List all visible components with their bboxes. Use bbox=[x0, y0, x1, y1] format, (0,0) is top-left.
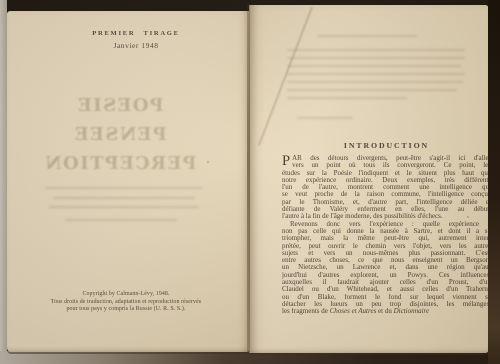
show-through-line bbox=[53, 197, 195, 199]
text-line: les fragments de Choses et Autres et du … bbox=[282, 308, 491, 315]
show-through-line bbox=[65, 219, 177, 221]
text-line: détacher les lueurs un peu trop disjoint… bbox=[282, 301, 491, 308]
text-line: jourd'hui d'autres explorent, un Powys. … bbox=[282, 272, 491, 279]
show-through-line bbox=[287, 73, 465, 75]
intro-paragraphs: PAR des détours divergents, peut-être s'… bbox=[282, 155, 491, 316]
text-segment: et du bbox=[376, 308, 393, 315]
edition-date: Janvier 1948 bbox=[61, 41, 211, 50]
book-photo: { "left_page": { "edition": { "line1": "… bbox=[0, 0, 500, 364]
text-line: sujets et vers un nous-mêmes plus passio… bbox=[282, 250, 491, 257]
book-title-reference: Dictionnaire bbox=[394, 308, 430, 315]
show-through-title-line: POESIE bbox=[40, 91, 200, 120]
text-line: vers un point où tous ils convergeront. … bbox=[292, 162, 491, 169]
text-line: entre autres choses, ce que nous enseign… bbox=[282, 257, 491, 264]
show-through-line bbox=[287, 49, 465, 51]
show-through-line bbox=[287, 81, 463, 83]
text-line: prétée, peut ouvrir le chemin vers l'obj… bbox=[282, 243, 491, 250]
show-through-line bbox=[45, 187, 203, 189]
book-cover-right-edge bbox=[488, 0, 500, 364]
text-line: Revenons donc vers l'expérience : quelle… bbox=[282, 221, 491, 228]
book-gutter-shadow bbox=[247, 4, 250, 353]
show-through-line bbox=[49, 206, 199, 208]
show-through-line bbox=[287, 57, 465, 59]
paragraph: PAR des détours divergents, peut-être s'… bbox=[282, 155, 491, 221]
show-through-title-line: PENSEE bbox=[40, 120, 200, 149]
copyright-line: Copyright by Calmann-Lévy, 1948. bbox=[12, 291, 240, 299]
chapter-heading: INTRODUCTION bbox=[282, 141, 491, 150]
paper-fleck bbox=[467, 216, 469, 218]
text-segment: les fragments de bbox=[282, 308, 330, 315]
show-through-book-title: POESIE PENSEE PERCEPTION bbox=[40, 91, 200, 178]
copyright-notice: Copyright by Calmann-Lévy, 1948. Tous dr… bbox=[12, 291, 240, 314]
photo-background-left-edge bbox=[0, 0, 7, 352]
text-line: auxquelles il faudrait ajouter celles d'… bbox=[282, 279, 491, 286]
left-page: PREMIER TIRAGE Janvier 1948 POESIE PENSE… bbox=[7, 11, 249, 352]
text-line: un Nietzsche, un Lawrence et, dans une r… bbox=[282, 264, 491, 271]
copyright-line: pour tous pays y compris la Russie (U. R… bbox=[12, 306, 240, 314]
show-through-line bbox=[287, 97, 407, 99]
text-line: triompher, mais la même peut-être qui, a… bbox=[282, 235, 491, 242]
text-line: AR des détours divergents, peut-être s'a… bbox=[292, 155, 491, 162]
show-through-line bbox=[287, 89, 457, 91]
text-line: par le Thomisme, et, d'autre part, l'int… bbox=[282, 199, 491, 206]
text-line: se veut proche de la raison commune, l'i… bbox=[282, 191, 491, 198]
edition-title: PREMIER TIRAGE bbox=[61, 30, 211, 37]
text-line: l'un de l'autre, montrent comment une in… bbox=[282, 184, 491, 191]
text-line: défiante de Valéry enferment en elles, l… bbox=[282, 206, 491, 213]
drop-cap: P bbox=[282, 155, 292, 169]
show-through-line bbox=[287, 65, 461, 67]
show-through-line bbox=[297, 117, 353, 119]
text-line: notre expérience ordinaire. Deux exemple… bbox=[282, 177, 491, 184]
paper-fleck bbox=[207, 161, 209, 163]
text-line: non pas celle qui donne la nausée à Sart… bbox=[282, 228, 491, 235]
text-line: l'autre à la fin de l'âge moderne, des p… bbox=[282, 213, 491, 220]
text-line: ou d'un Blake, forment le fond sur leque… bbox=[282, 294, 491, 301]
edition-notice: PREMIER TIRAGE Janvier 1948 bbox=[61, 30, 211, 50]
page-crease bbox=[258, 7, 312, 146]
paragraph: Revenons donc vers l'expérience : quelle… bbox=[282, 221, 491, 316]
text-line: Claudel ou d'un Whitehead, et aussi cell… bbox=[282, 286, 491, 293]
book-title-reference: Choses et Autres bbox=[330, 308, 377, 315]
text-line: études sur la Poésie l'indiquent et le s… bbox=[282, 170, 491, 177]
right-page: INTRODUCTION PAR des détours divergents,… bbox=[249, 5, 489, 353]
show-through-title-line: PERCEPTION bbox=[40, 149, 200, 178]
show-through-line bbox=[317, 35, 417, 37]
